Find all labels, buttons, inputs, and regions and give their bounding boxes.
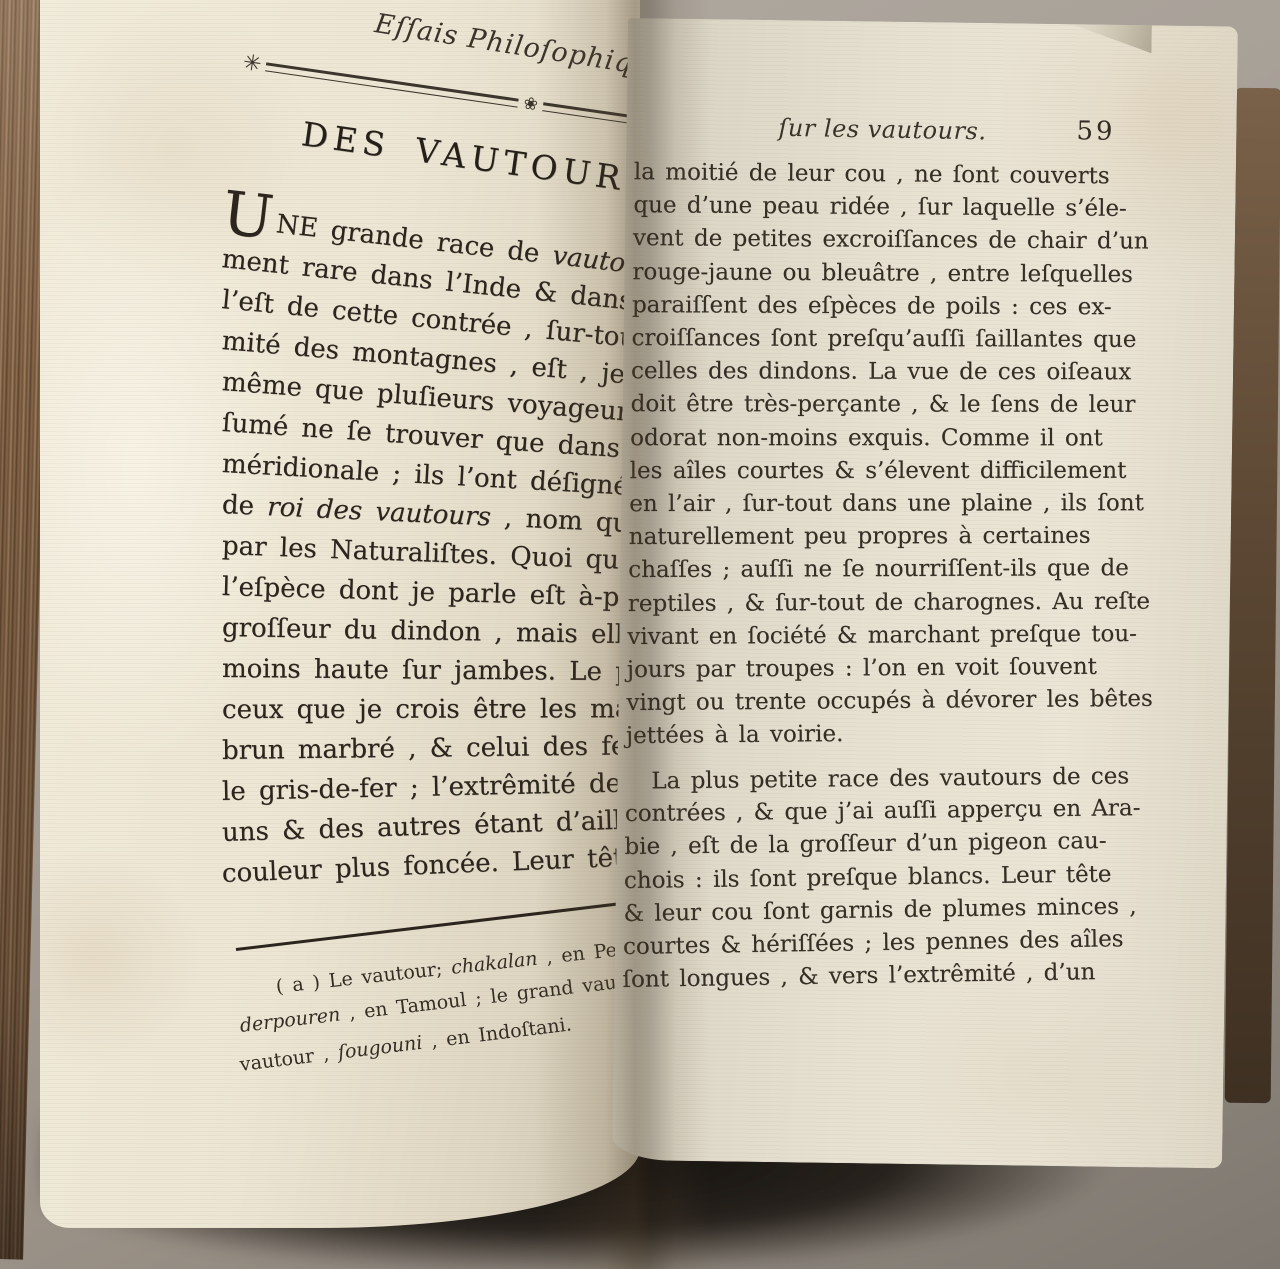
ornament-double-rule: [542, 102, 640, 126]
page-number: 59: [1076, 116, 1116, 147]
left-page-body-text: UNE grande race de vautours ,ment rare d…: [222, 198, 640, 895]
ornament-flower-icon: ❀: [522, 95, 539, 114]
footnote-text: ( a ) Le vautour; chakalan , en Perſan; …: [240, 968, 640, 1085]
right-page-paragraph-2: La plus petite race des vautours de cesc…: [622, 765, 1185, 1005]
body-text-line: vent de petites excroiſſances de chair d…: [633, 222, 1193, 259]
body-text-line: jettées à la voirie.: [626, 715, 1186, 753]
body-text-line: moins haute ſur jambes. Le plum: [222, 649, 640, 694]
book-photo: { "photo": { "background_color": "#a8a19…: [0, 0, 1280, 1269]
ornament-star-icon: ✳: [241, 52, 262, 76]
body-text-line: que d’une peau ridée , ſur laquelle s’él…: [633, 189, 1193, 227]
body-text-line: vivant en ſociété & marchant preſque tou…: [627, 618, 1187, 655]
body-text-line: jours par troupes : l’on en voit ſouvent: [627, 650, 1187, 687]
drop-cap: U: [223, 213, 273, 219]
ornament-double-rule: [266, 62, 520, 107]
body-text-line: la moitié de leur cou , ne ſont couverts: [634, 156, 1194, 194]
body-text-line: en l’air , ſur-tout dans une plaine , il…: [629, 487, 1189, 521]
right-page-paragraph-1: la moitié de leur cou , ne ſont couverts…: [626, 156, 1194, 761]
body-text-line: naturellement peu propres à certaines: [629, 520, 1189, 555]
body-text-line: rouge-jaune ou bleuâtre , entre leſquell…: [632, 256, 1192, 292]
body-text-line: les aîles courtes & s’élevent difficilem…: [630, 455, 1190, 489]
left-page: Eſſais Philoſophiques ✳ ❀ DES VAUTOURS (…: [40, 0, 640, 1228]
page-corner-fold: [1066, 22, 1152, 53]
body-text-line: odorat non-moins exquis. Comme il ont: [630, 422, 1190, 455]
body-text-line: reptiles , & ſur-tout de charognes. Au r…: [628, 585, 1188, 621]
body-text-line: ceux que je crois être les mâles , e: [222, 689, 640, 731]
right-page: ſur les vautours. 59 la moitié de leur c…: [612, 18, 1238, 1168]
right-running-header: ſur les vautours.: [778, 114, 987, 146]
body-text-line: croiſſances ſont preſqu’auſſi ſaillantes…: [631, 322, 1191, 357]
body-text-line: doit être très-perçante , & le ſens de l…: [631, 388, 1191, 422]
body-text-line: paraiſſent des eſpèces de poils : ces ex…: [632, 289, 1192, 325]
body-text-line: chaſſes ; auſſi ne ſe nourriſſent-ils qu…: [628, 552, 1188, 587]
body-text-line: celles des dindons. La vue de ces oiſeau…: [631, 355, 1191, 390]
